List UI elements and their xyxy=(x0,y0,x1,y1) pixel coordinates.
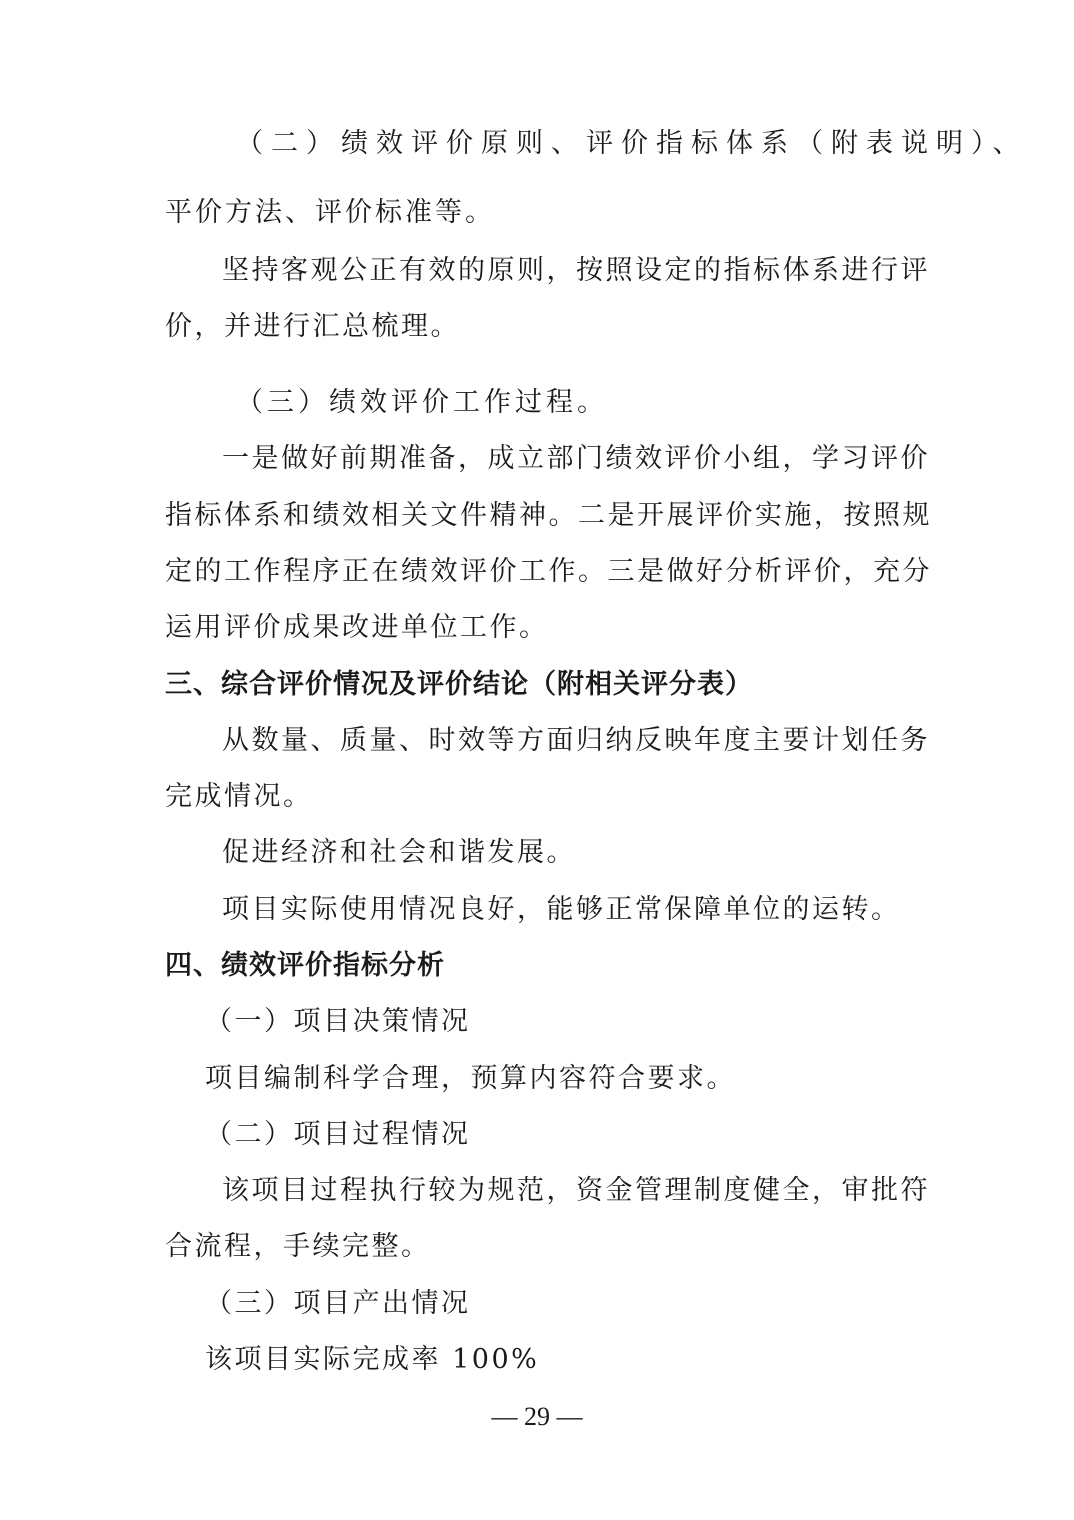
subsection-heading-evaluation-process: （三）绩效评价工作过程。 xyxy=(236,386,608,420)
paragraph-line: 完成情况。 xyxy=(165,780,313,814)
paragraph-line: 项目实际使用情况良好，能够正常保障单位的运转。 xyxy=(222,893,901,927)
paragraph-line: 运用评价成果改进单位工作。 xyxy=(165,611,549,645)
subsection-heading-project-process: （二）项目过程情况 xyxy=(205,1118,471,1152)
subsection-heading-project-decision: （一）项目决策情况 xyxy=(205,1005,471,1039)
paragraph-line: 该项目实际完成率 100% xyxy=(205,1343,539,1377)
document-page: （二）绩效评价原则、评价指标体系（附表说明）、 平价方法、评价标准等。 坚持客观… xyxy=(0,0,1074,1520)
paragraph-line: 平价方法、评价标准等。 xyxy=(165,196,495,230)
paragraph-line: 价，并进行汇总梳理。 xyxy=(165,310,460,344)
paragraph-line: 合流程，手续完整。 xyxy=(165,1230,431,1264)
paragraph-line: 该项目过程执行较为规范，资金管理制度健全，审批符 xyxy=(222,1174,930,1208)
paragraph-line: 促进经济和社会和谐发展。 xyxy=(222,836,576,870)
section-heading-indicator-analysis: 四、绩效评价指标分析 xyxy=(165,949,445,983)
subsection-heading-evaluation-principles: （二）绩效评价原则、评价指标体系（附表说明）、 xyxy=(236,127,1028,161)
page-number: — 29 — xyxy=(0,1400,1074,1434)
paragraph-line: 定的工作程序正在绩效评价工作。三是做好分析评价，充分 xyxy=(165,555,932,589)
section-heading-comprehensive-evaluation: 三、综合评价情况及评价结论（附相关评分表） xyxy=(165,668,753,702)
paragraph-line: 指标体系和绩效相关文件精神。二是开展评价实施，按照规 xyxy=(165,499,932,533)
paragraph-line: 项目编制科学合理，预算内容符合要求。 xyxy=(205,1062,736,1096)
paragraph-line: 一是做好前期准备，成立部门绩效评价小组，学习评价 xyxy=(222,442,930,476)
paragraph-line: 坚持客观公正有效的原则，按照设定的指标体系进行评 xyxy=(222,254,930,288)
subsection-heading-project-output: （三）项目产出情况 xyxy=(205,1287,471,1321)
paragraph-line: 从数量、质量、时效等方面归纳反映年度主要计划任务 xyxy=(222,724,930,758)
